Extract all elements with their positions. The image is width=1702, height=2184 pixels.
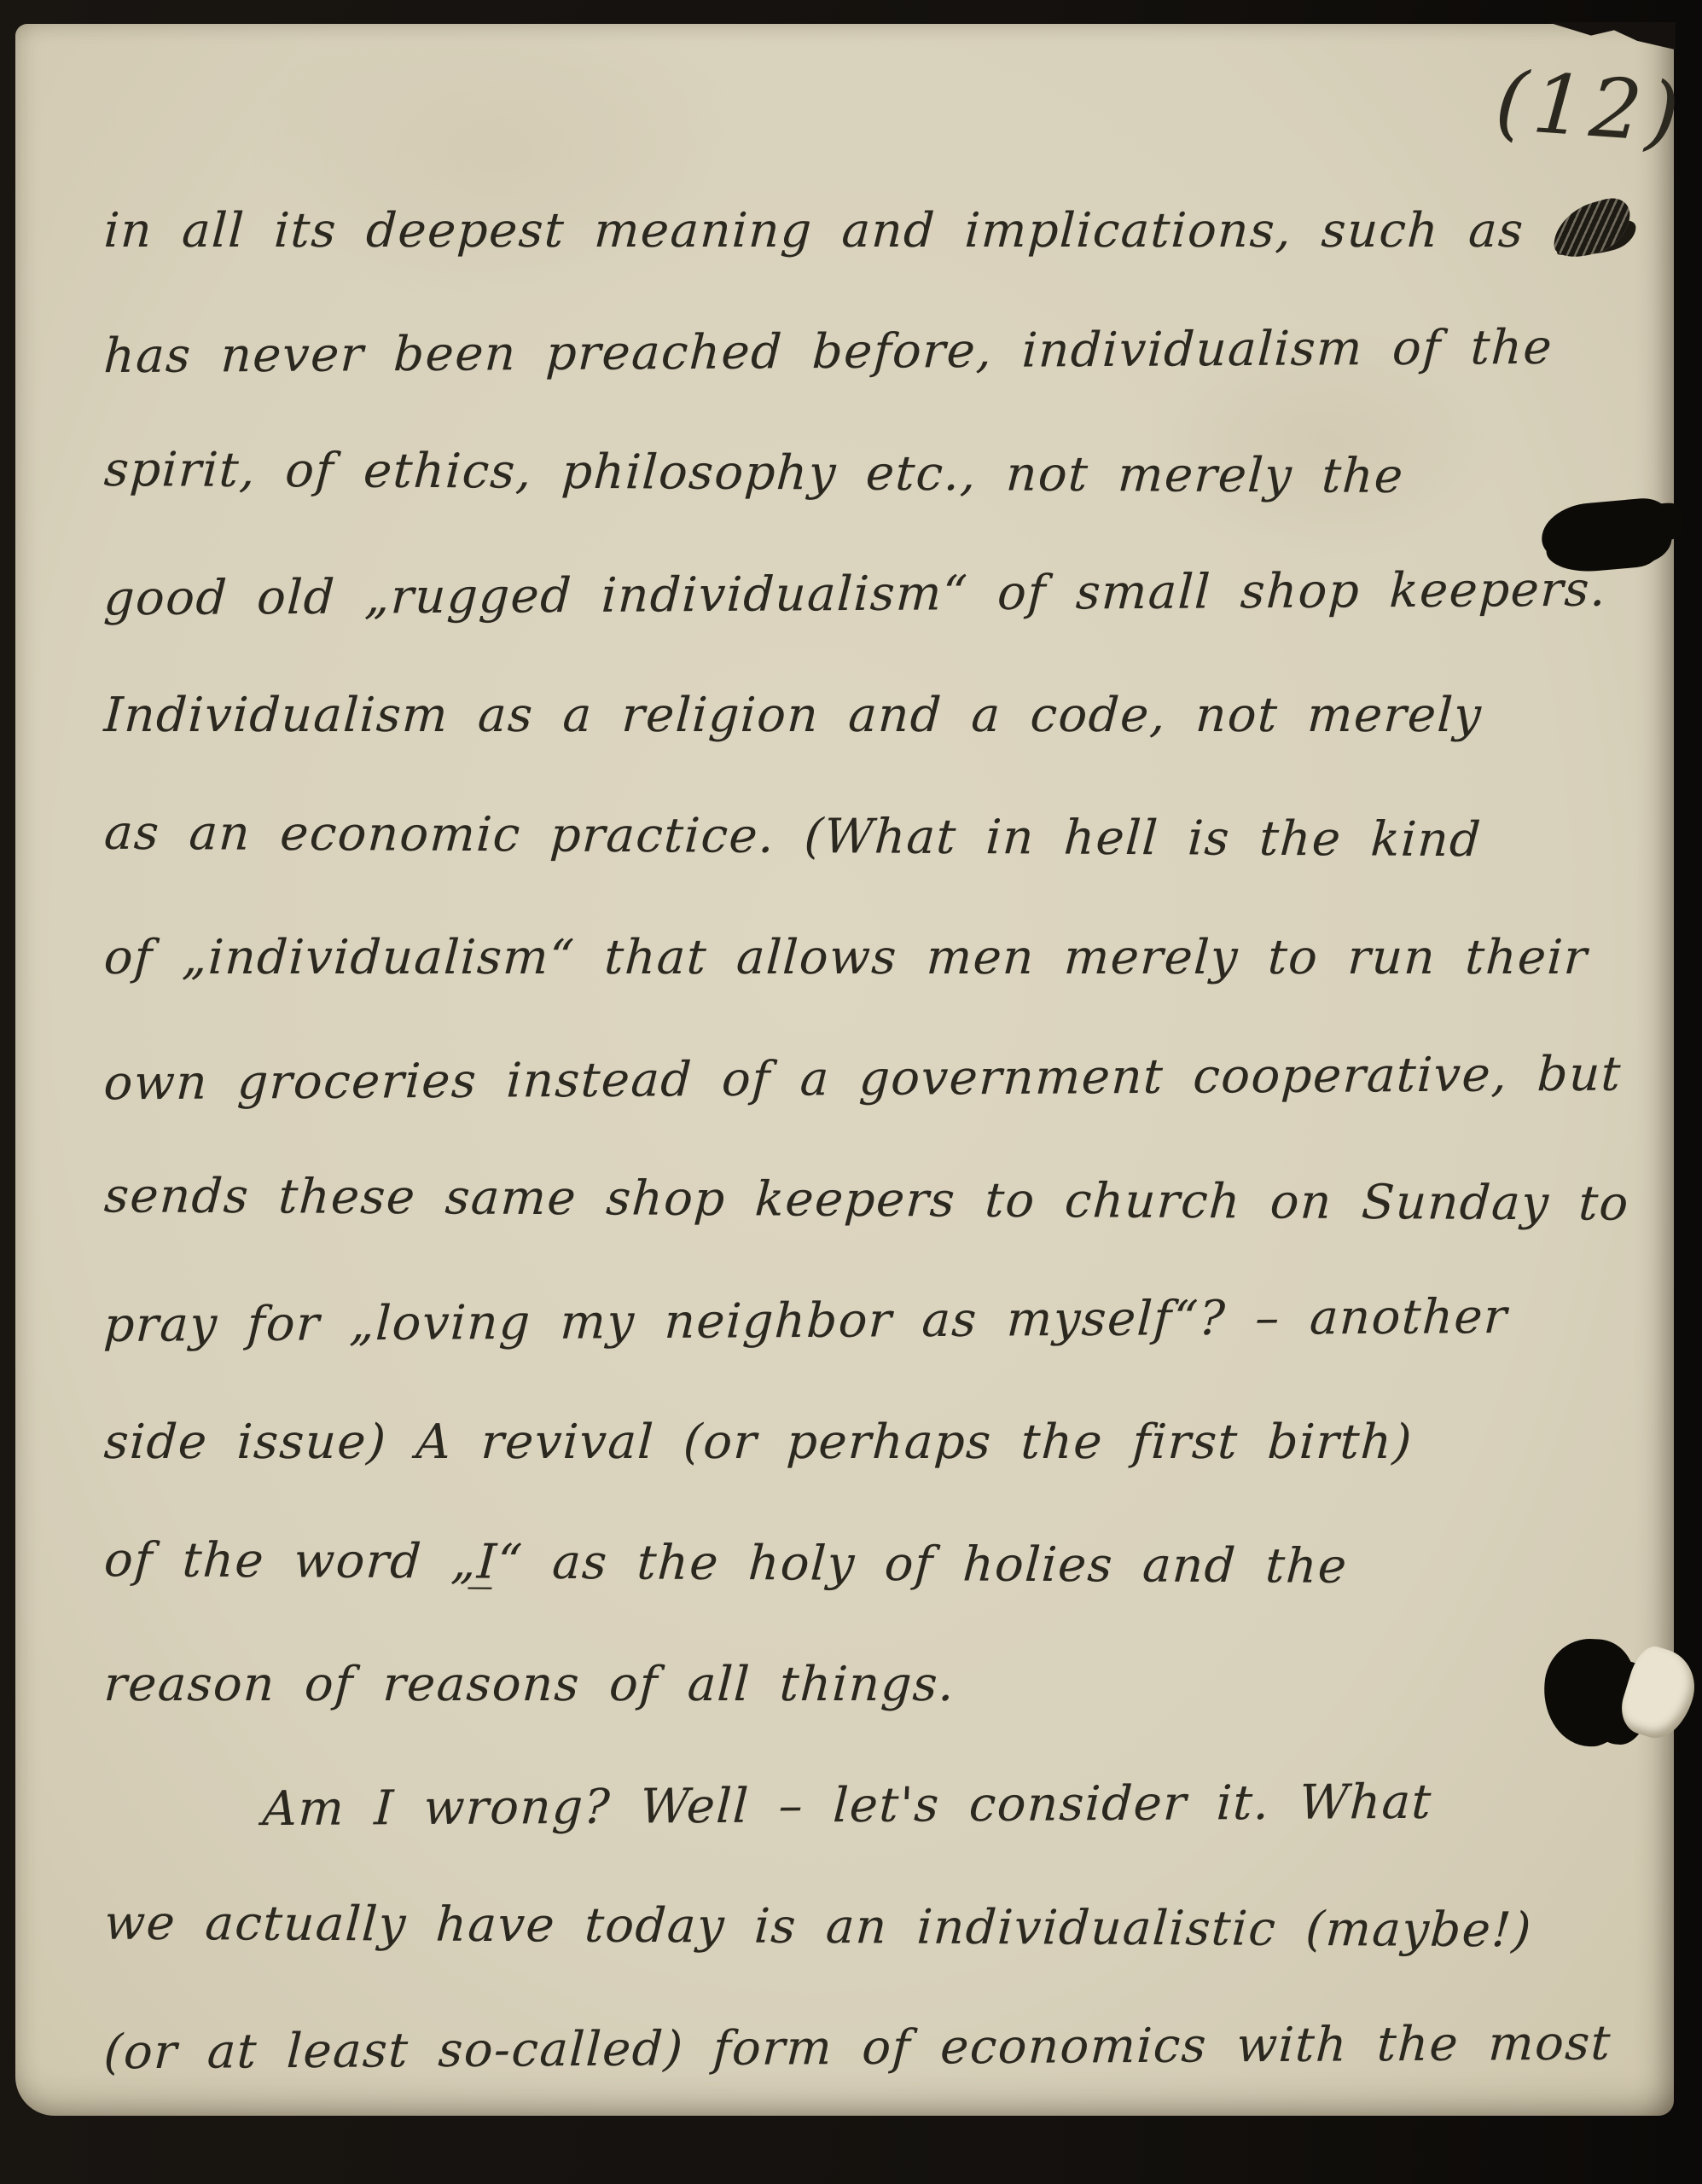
handwritten-text: as an economic practice. (What in hell i… xyxy=(101,773,1484,901)
manuscript-line: Individualism as a religion and a code, … xyxy=(104,655,1648,776)
handwritten-text: side issue) A revival (or perhaps the fi… xyxy=(101,1382,1415,1503)
handwritten-text-block: in all its deepest meaning and implicati… xyxy=(104,171,1648,2109)
manuscript-line: Am I wrong? Well – let's consider it. Wh… xyxy=(104,1745,1648,1867)
manuscript-line: reason of reasons of all things. xyxy=(104,1624,1648,1745)
handwritten-text: in all its deepest meaning and implicati… xyxy=(101,171,1527,292)
handwritten-text: has never been preached before, individu… xyxy=(101,288,1555,417)
manuscript-line: (or at least so-called) form of economic… xyxy=(104,1988,1648,2109)
handwritten-text: spirit, of ethics, philosophy etc., not … xyxy=(101,409,1408,537)
handwritten-text: pray for „loving my neighbor as myself“?… xyxy=(101,1257,1510,1386)
manuscript-line: of the word „I̲“ as the holy of holies a… xyxy=(104,1503,1648,1624)
manuscript-page: (12) in all its deepest meaning and impl… xyxy=(15,24,1674,2116)
handwritten-text: own groceries instead of a government co… xyxy=(101,1014,1624,1145)
manuscript-line: pray for „loving my neighbor as myself“?… xyxy=(104,1261,1648,1382)
scanned-manuscript-photo: (12) in all its deepest meaning and impl… xyxy=(0,0,1702,2184)
manuscript-line: sends these same shop keepers to church … xyxy=(104,1140,1648,1261)
handwritten-text: of „individualism“ that allows men merel… xyxy=(101,897,1591,1019)
manuscript-line: own groceries instead of a government co… xyxy=(104,1019,1648,1140)
handwritten-text: reason of reasons of all things. xyxy=(101,1624,958,1745)
handwritten-text: good old „rugged individualism“ of small… xyxy=(101,530,1609,660)
handwritten-text: sends these same shop keepers to church … xyxy=(101,1136,1633,1264)
manuscript-line: side issue) A revival (or perhaps the fi… xyxy=(104,1382,1648,1503)
handwritten-text: Individualism as a religion and a code, … xyxy=(101,655,1485,776)
manuscript-line: has never been preached before, individu… xyxy=(104,292,1648,413)
scribbled-out-word-icon xyxy=(1554,192,1631,265)
manuscript-line: as an economic practice. (What in hell i… xyxy=(104,776,1648,897)
handwritten-text: (or at least so-called) form of economic… xyxy=(101,1984,1614,2114)
manuscript-line: we actually have today is an individuali… xyxy=(104,1867,1648,1988)
manuscript-line: of „individualism“ that allows men merel… xyxy=(104,897,1648,1019)
manuscript-line: in all its deepest meaning and implicati… xyxy=(104,171,1648,292)
handwritten-text: Am I wrong? Well – let's consider it. Wh… xyxy=(260,1742,1435,1870)
handwritten-text: we actually have today is an individuali… xyxy=(101,1863,1536,1992)
handwritten-text: of the word „I̲“ as the holy of holies a… xyxy=(101,1500,1351,1628)
manuscript-line: good old „rugged individualism“ of small… xyxy=(104,534,1648,655)
manuscript-line: spirit, of ethics, philosophy etc., not … xyxy=(104,413,1648,534)
page-number: (12) xyxy=(1492,53,1694,162)
